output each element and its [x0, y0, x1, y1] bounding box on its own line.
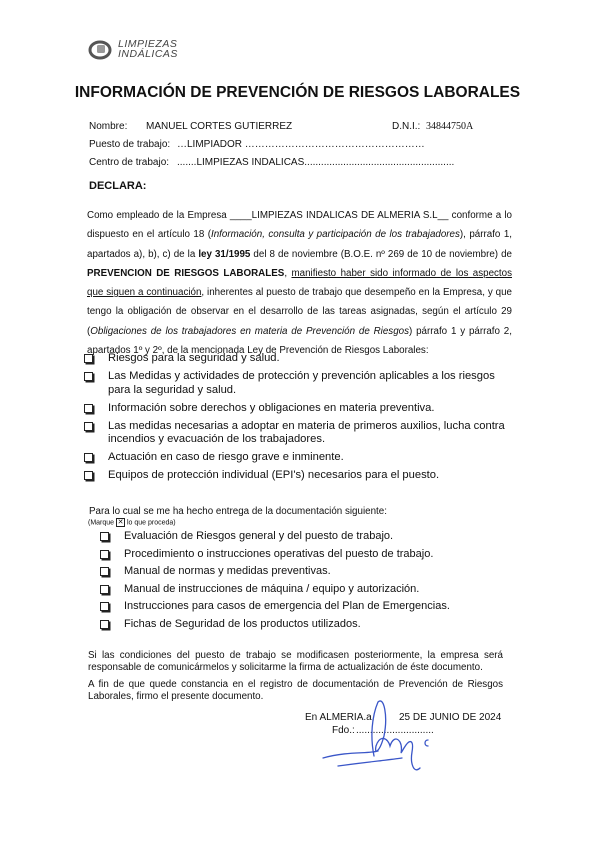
handwritten-signature — [318, 696, 448, 774]
center-label: Centro de trabajo: — [89, 157, 169, 168]
aspects-list: Riesgos para la seguridad y salud. Las M… — [84, 352, 514, 487]
intro-paragraph: Como empleado de la Empresa ____LIMPIEZA… — [87, 206, 512, 360]
documentation-item: Fichas de Seguridad de los productos uti… — [100, 618, 520, 632]
closing-paragraph-1: Si las condiciones del puesto de trabajo… — [88, 650, 503, 674]
documentation-item: Manual de normas y medidas preventivas. — [100, 565, 520, 579]
name-value: MANUEL CORTES GUTIERREZ — [146, 121, 292, 132]
aspect-item: Actuación en caso de riesgo grave e inmi… — [84, 451, 514, 465]
dni-label: D.N.I.: — [392, 121, 420, 132]
company-logo: Limpiezas Indálicas — [88, 38, 208, 64]
checkbox-icon[interactable] — [84, 422, 93, 431]
aspect-item: Las medidas necesarias a adoptar en mate… — [84, 420, 514, 447]
logo-line2: Indálicas — [118, 49, 178, 59]
checkbox-icon[interactable] — [84, 471, 93, 480]
documentation-item: Manual de instrucciones de máquina / equ… — [100, 583, 520, 597]
documentation-item: Procedimiento o instrucciones operativas… — [100, 548, 520, 562]
checkbox-icon[interactable] — [100, 585, 109, 594]
checkbox-icon[interactable] — [100, 620, 109, 629]
aspect-item: Las Medidas y actividades de protección … — [84, 370, 514, 397]
job-value: …LIMPIADOR ……………………………………………… — [177, 139, 425, 150]
checked-box-icon: ✕ — [116, 518, 125, 527]
checkbox-icon[interactable] — [84, 453, 93, 462]
name-label: Nombre: — [89, 121, 127, 132]
checkbox-icon[interactable] — [84, 354, 93, 363]
documentation-item: Evaluación de Riesgos general y del pues… — [100, 530, 520, 544]
checkbox-icon[interactable] — [100, 602, 109, 611]
aspect-item: Riesgos para la seguridad y salud. — [84, 352, 514, 366]
checkbox-icon[interactable] — [84, 372, 93, 381]
aspect-item: Información sobre derechos y obligacione… — [84, 402, 514, 416]
documentation-note: (Marque ✕ lo que proceda) — [88, 518, 176, 527]
checkbox-icon[interactable] — [100, 567, 109, 576]
document-title: INFORMACIÓN DE PREVENCIÓN DE RIESGOS LAB… — [0, 84, 595, 102]
declara-heading: DECLARA: — [89, 180, 146, 192]
logo-swirl-icon — [88, 38, 114, 62]
dni-value: 34844750A — [426, 121, 473, 132]
checkbox-icon[interactable] — [100, 532, 109, 541]
checkbox-icon[interactable] — [100, 550, 109, 559]
job-label: Puesto de trabajo: — [89, 139, 170, 150]
aspect-item: Equipos de protección individual (EPI's)… — [84, 469, 514, 483]
documentation-item: Instrucciones para casos de emergencia d… — [100, 600, 520, 614]
center-value: .......LIMPIEZAS INDALICAS..............… — [177, 157, 454, 168]
documentation-intro: Para lo cual se me ha hecho entrega de l… — [89, 506, 387, 517]
documentation-list: Evaluación de Riesgos general y del pues… — [100, 530, 520, 635]
checkbox-icon[interactable] — [84, 404, 93, 413]
